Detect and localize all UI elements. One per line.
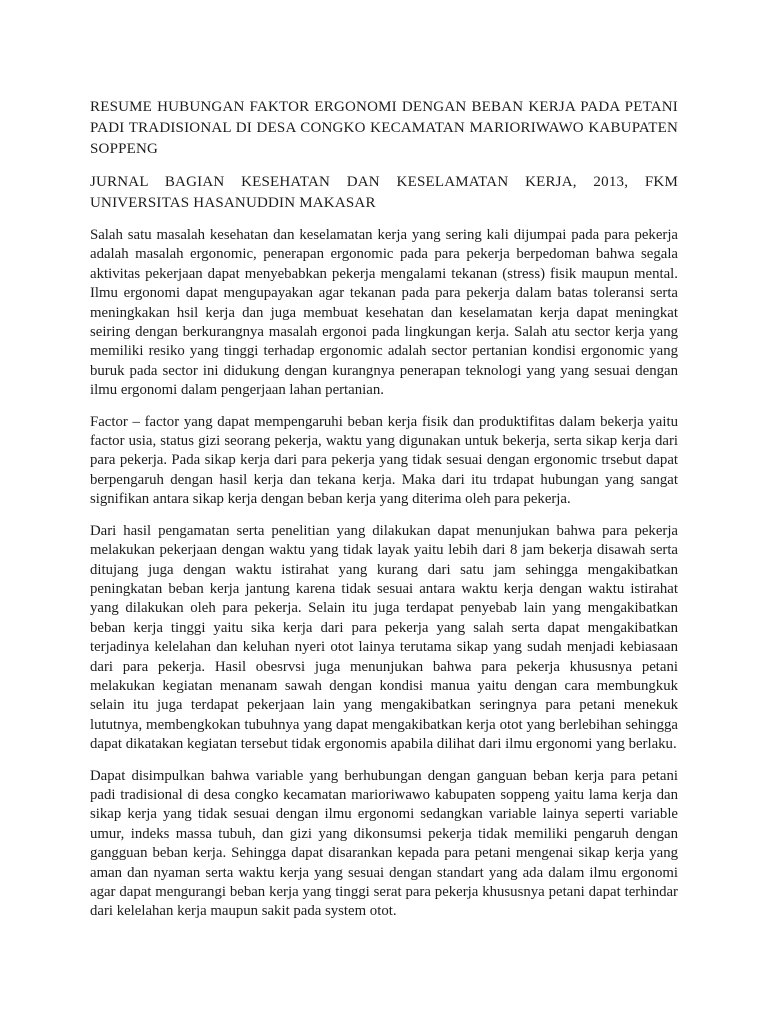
document-page: RESUME HUBUNGAN FAKTOR ERGONOMI DENGAN B… [0, 0, 768, 1024]
paragraph-introduction: Salah satu masalah kesehatan dan keselam… [90, 226, 678, 401]
paragraph-observations: Dari hasil pengamatan serta penelitian y… [90, 522, 678, 755]
document-title: RESUME HUBUNGAN FAKTOR ERGONOMI DENGAN B… [90, 97, 678, 160]
journal-reference: JURNAL BAGIAN KESEHATAN DAN KESELAMATAN … [90, 172, 678, 214]
paragraph-factors: Factor – factor yang dapat mempengaruhi … [90, 413, 678, 510]
paragraph-conclusion: Dapat disimpulkan bahwa variable yang be… [90, 767, 678, 922]
